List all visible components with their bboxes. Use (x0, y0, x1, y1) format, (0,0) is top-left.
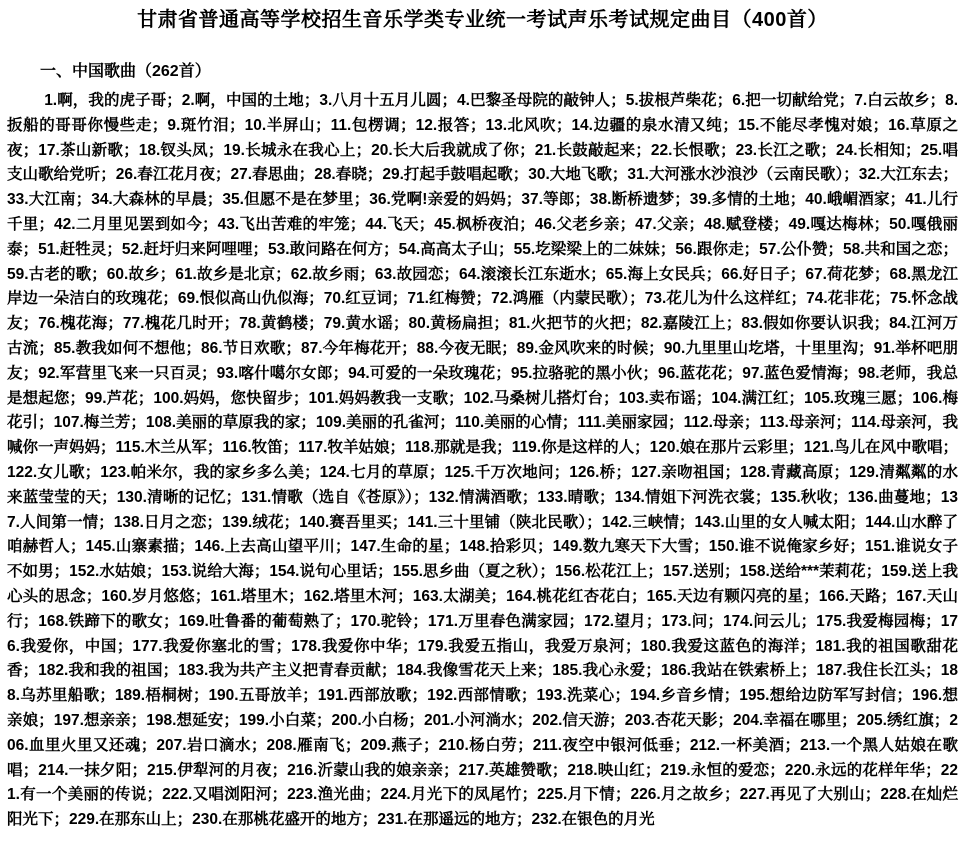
document-page: 甘肃省普通高等学校招生音乐学类专业统一考试声乐考试规定曲目（400首） 一、中国… (0, 0, 965, 860)
section-heading-chinese-songs: 一、中国歌曲（262首） (0, 62, 965, 82)
page-title: 甘肃省普通高等学校招生音乐学类专业统一考试声乐考试规定曲目（400首） (0, 0, 965, 33)
song-list-paragraph: 1.啊，我的虎子哥；2.啊，中国的土地；3.八月十五月儿圆；4.巴黎圣母院的敲钟… (0, 89, 965, 833)
